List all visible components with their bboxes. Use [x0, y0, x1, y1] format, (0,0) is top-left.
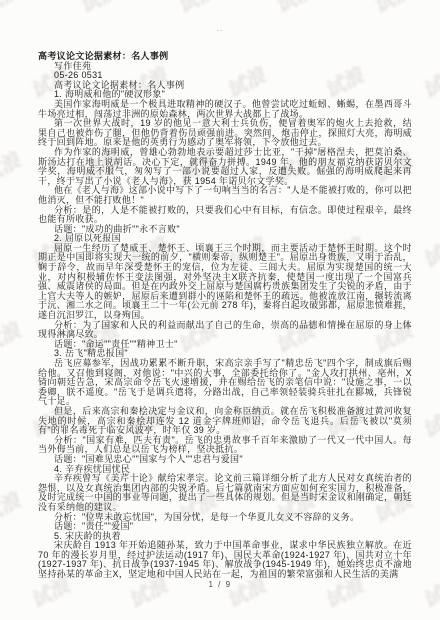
watermark-stamp: 试浪	[0, 314, 24, 358]
page-top-mark: ..	[0, 24, 440, 33]
watermark-stamp: 试浪	[417, 59, 440, 103]
document-page: 试浪试浪试浪试浪试浪试浪试浪试浪试浪试浪试浪试浪试浪试浪试浪试浪试浪试浪试浪试浪…	[0, 0, 440, 620]
paragraph: 岳飞应募参军，因战功累累不断升职，宋高宗亲手写了"精忠岳飞"四个字，制成旗后赐给…	[38, 359, 412, 407]
watermark-stamp: 试浪	[417, 569, 440, 613]
watermark-stamp: 试浪	[74, 0, 123, 19]
paragraph: 辛弃疾曾写《美芹十论》献给宋孝宗。论文前三篇详细分析了北方人民对女真统治者的怨恨…	[38, 474, 412, 512]
paragraph: 作为作家的海明威，曾雄心勃勃地表示要超过莎士比亚，"干掉"屠格涅夫，把莫泊桑、斯…	[38, 148, 412, 186]
document-title: 高考议论文论据素材：名人事例	[38, 52, 412, 62]
paragraph: 他在《老人与海》这部小说中写下了一句响当当的名言："人是不能被打败的，你可以把他…	[38, 186, 412, 205]
document-content: 高考议论文论据素材：名人事例 写作佳苑 05-26 0531 高考议论文论据素材…	[38, 52, 412, 580]
page-number: 1 / 9	[0, 580, 440, 589]
paragraph: 屈原一生经历了楚威王、楚怀王、顷襄王三个时期，而主要活动于楚怀王时期。这个时期正…	[38, 244, 412, 321]
paragraph: 分析：为了国家和人民的利益而献出了自己的生命，崇高的品德和情操在屈原的身上体现得…	[38, 321, 412, 340]
paragraph: 但是，后来高宗和秦桧决定与金议和，向金称臣纳贡。就在岳飞积极准备渡过黄河收复失地…	[38, 407, 412, 436]
paragraph: 分析："国家有难，匹夫有责"。岳飞的忠勇故事千百年来激励了一代又一代中国人。每当…	[38, 436, 412, 455]
paragraph: 分析：是的，人是不能被打败的，只要我们心中有目标，有信念。即使过程艰辛，最终也能…	[38, 206, 412, 225]
watermark-stamp: 试浪	[417, 399, 440, 443]
watermark-stamp: 试浪	[270, 0, 319, 19]
paragraph: 宋庆龄自 1913 年开始追随孙某，致力于中国革命事业，谋求中华民族独立解放。在…	[38, 541, 412, 579]
watermark-stamp: 试浪	[417, 229, 440, 273]
watermark-stamp: 试浪	[172, 0, 221, 19]
paragraph: 美国作家海明威是一个极具进取精神的硬汉子。他曾尝试吃过蚯蚓、蜥蜴，在墨西哥斗牛场…	[38, 100, 412, 119]
watermark-stamp: 试浪	[368, 0, 417, 19]
watermark-stamp: 试浪	[0, 144, 24, 188]
watermark-stamp: 试浪	[0, 0, 24, 19]
paragraph: 第一次世界大战时，19 岁的他见一意大利士兵负伤，便冒着奥军的炮火上去抢救，结果…	[38, 119, 412, 148]
watermark-stamp: 试浪	[0, 484, 24, 528]
document-sections: 1. 海明威和他的"硬汉形象"美国作家海明威是一个极具进取精神的硬汉子。他曾尝试…	[38, 90, 412, 579]
